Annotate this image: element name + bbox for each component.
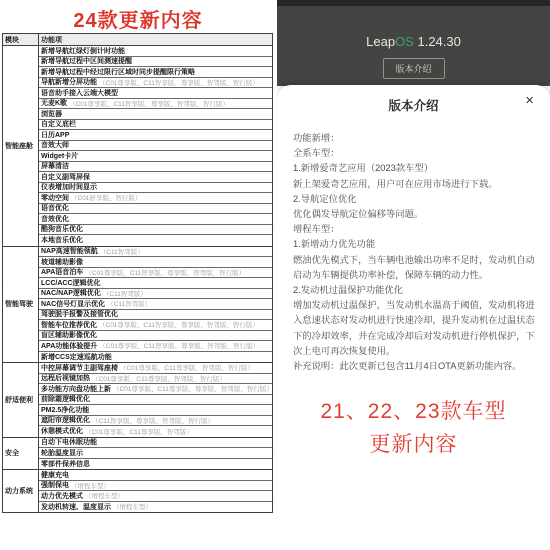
feature-name: 自动下电休眠功能 [41,438,97,448]
update-table: 模块 功能项 智能座舱新增导航红绿灯倒计时功能新增导航过程中区间测速提醒新增导航… [2,33,273,513]
feature-name: 遮阳帘逻辑优化 [41,416,90,426]
os-version-text: LeapOS 1.24.30 [277,34,550,49]
feature-name: 新增CCS定速巡航功能 [41,352,112,362]
table-row: 仪表增加时间显示 [39,183,272,194]
feature-trim-note: （增程车型） [113,502,152,511]
feature-trim-note: （C01尊享版、C11智享版、尊享版、智驾版、智行版） [99,78,259,87]
table-row: 休憩模式优化（C01尊享版、C11尊享版、智驾版） [39,426,272,437]
feature-trim-note: （C11智享版、尊享版、智驾版、智行版） [92,416,214,425]
feature-name: 新增导航红绿灯倒计时功能 [41,46,125,56]
table-row: PM2.5净化功能 [39,405,272,416]
table-row: 盲区辅助影像优化 [39,331,272,342]
table-section: 智能座舱新增导航红绿灯倒计时功能新增导航过程中区间测速提醒新增导航过程中经过限行… [3,46,272,247]
table-header-module: 模块 [3,34,39,45]
table-section: 智能驾驶NAP高速智能领航（C11智驾版）坡道辅助影像APA语音泊车（C01尊享… [3,247,272,364]
feature-name: 中控屏幕调节主副驾座椅 [41,363,118,373]
version-intro-sheet: 版本介绍 × 功能新增： 全系车型： 1.新增爱奇艺应用（2023款车型） 新上… [277,85,550,550]
table-row: 屏幕清洁 [39,162,272,173]
feature-trim-note: （C11智驾版） [100,247,144,256]
feature-name: 轮胎温度显示 [41,448,83,458]
table-row: 语音优化 [39,204,272,215]
table-row: 前除霜逻辑优化 [39,395,272,406]
feature-name: 动力优先模式 [41,491,83,501]
table-row: 发动机转速、温度显示（增程车型） [39,502,272,513]
feature-name: 新增导航过程中区间测速提醒 [41,57,132,67]
os-brand: Leap [366,34,395,49]
feature-name: 智能车位推荐优化 [41,320,97,330]
table-row: 健康充电 [39,470,272,481]
table-section: 舒适便利中控屏幕调节主副驾座椅（C01尊享版、C11尊享版、智驾版、智行版）远程… [3,363,272,438]
feature-trim-note: （C11智驾版） [107,299,151,308]
feature-name: 音效优化 [41,214,69,224]
footer-heading-line2: 更新内容 [277,428,550,461]
feature-name: 发动机转速、温度显示 [41,502,111,512]
table-row: 零部件保养信息 [39,459,272,470]
table-row: 新增导航过程中经过限行区域时同步提醒限行策略 [39,67,272,78]
feature-name: NAP高速智能领航 [41,247,98,257]
feature-name: 自定义底栏 [41,120,76,130]
table-row: 本地音乐优化 [39,235,272,246]
os-brand-suffix: OS [395,34,414,49]
feature-name: 导航新增分屏功能 [41,78,97,88]
update-table-panel: 24款更新内容 模块 功能项 智能座舱新增导航红绿灯倒计时功能新增导航过程中区间… [0,0,276,550]
feature-trim-note: （C01尊享版、C11智享版、尊享版、智驾版、智行版） [69,99,229,108]
table-row: 浏览器 [39,109,272,120]
feature-name: 新增导航过程中经过限行区域时同步提醒限行策略 [41,67,195,77]
table-row: APA语音泊车（C01尊享版、C11智享版、尊享版、智驾版、智行版） [39,268,272,279]
feature-name: 自定义副驾屏保 [41,172,90,182]
table-row: APA功能体验提升（C01尊享版、C11智享版、尊享版、智驾版、智行版） [39,341,272,352]
table-header-feature: 功能项 [41,35,62,45]
feature-name: Widget卡片 [41,151,78,161]
version-notes-text: 功能新增： 全系车型： 1.新增爱奇艺应用（2023款车型） 新上架爱奇艺应用，… [293,131,536,374]
table-row: 驾驶脱手报警及接管优化 [39,310,272,321]
feature-name: 多功能方向盘功能上新 [41,384,111,394]
table-row: 零动空间（C01舒享版、智行版） [39,193,272,204]
table-row: 音效优化 [39,214,272,225]
table-row: 酷狗音乐优化 [39,225,272,236]
table-row: 语音助手接入云端大模型 [39,88,272,99]
feature-name: 坡道辅助影像 [41,257,83,267]
table-row: 轮胎温度显示 [39,448,272,459]
sheet-title: 版本介绍 [277,96,550,114]
feature-name: APA语音泊车 [41,268,83,278]
module-label: 安全 [3,438,39,470]
table-row: 日历APP [39,130,272,141]
table-row: Widget卡片 [39,151,272,162]
feature-name: 盲区辅助影像优化 [41,331,97,341]
feature-name: 音效大师 [41,141,69,151]
feature-name: PM2.5净化功能 [41,405,89,415]
table-row: 智能车位推荐优化（C01尊享版、C11智享版、尊享版、智驾版、智行版） [39,320,272,331]
table-row: 无麦K歌（C01尊享版、C11智享版、尊享版、智驾版、智行版） [39,99,272,110]
table-row: 中控屏幕调节主副驾座椅（C01尊享版、C11尊享版、智驾版、智行版） [39,363,272,374]
os-version-number: 1.24.30 [414,34,461,49]
feature-trim-note: （增程车型） [85,491,124,500]
feature-trim-note: （C01尊享版、C11智享版、尊享版、智驾版、智行版） [99,320,259,329]
feature-trim-note: （C01尊享版、C11尊享版、智驾版、智行版） [120,363,254,372]
feature-name: 日历APP [41,130,69,140]
feature-trim-note: （C11智驾版） [103,289,147,298]
feature-name: 本地音乐优化 [41,235,83,245]
footer-heading: 21、22、23款车型 更新内容 [277,395,550,461]
feature-name: 语音助手接入云端大模型 [41,88,118,98]
feature-name: 仪表增加时间显示 [41,183,97,193]
feature-trim-note: （C01舒享版、智行版） [71,193,141,202]
os-header: LeapOS 1.24.30 版本介绍 [277,6,550,86]
feature-name: 屏幕清洁 [41,162,69,172]
phone-screenshot-panel: LeapOS 1.24.30 版本介绍 版本介绍 × 功能新增： 全系车型： 1… [277,0,550,550]
table-row: 远程后视镜加热（C01尊享版、C11尊享版、智驾版、智行版） [39,374,272,385]
feature-name: 远程后视镜加热 [41,374,90,384]
feature-name: 健康充电 [41,470,69,480]
feature-name: 驾驶脱手报警及接管优化 [41,310,118,320]
table-header-row: 模块 功能项 [3,34,272,46]
table-row: 导航新增分屏功能（C01尊享版、C11智享版、尊享版、智驾版、智行版） [39,78,272,89]
close-icon[interactable]: × [525,93,534,108]
feature-name: 休憩模式优化 [41,426,83,436]
feature-name: LCC/ACC逻辑优化 [41,278,101,288]
table-row: 音效大师 [39,141,272,152]
module-label: 动力系统 [3,470,39,512]
feature-trim-note: （C01尊享版、C11智享版、尊享版、智驾版、智行版） [85,268,245,277]
table-row: LCC/ACC逻辑优化 [39,278,272,289]
table-row: 强制保电（增程车型） [39,481,272,492]
feature-name: 强制保电 [41,481,69,491]
screenshot-collage: 24款更新内容 模块 功能项 智能座舱新增导航红绿灯倒计时功能新增导航过程中区间… [0,0,550,550]
footer-heading-line1: 21、22、23款车型 [277,395,550,428]
feature-trim-note: （C01尊享版、C11智享版、尊享版、智驾版、智行版） [99,341,259,350]
feature-name: APA功能体验提升 [41,341,97,351]
feature-name: 无麦K歌 [41,99,67,109]
feature-name: NAC信号灯显示优化 [41,299,105,309]
feature-name: 零部件保养信息 [41,459,90,469]
table-row: NAP高速智能领航（C11智驾版） [39,247,272,258]
module-label: 智能驾驶 [3,247,39,363]
table-row: 新增导航过程中区间测速提醒 [39,57,272,68]
page-title: 24款更新内容 [0,4,276,33]
module-label: 舒适便利 [3,363,39,437]
table-row: 遮阳帘逻辑优化（C11智享版、尊享版、智驾版、智行版） [39,416,272,427]
table-row: 自定义底栏 [39,120,272,131]
version-intro-button[interactable]: 版本介绍 [382,58,444,79]
feature-name: 零动空间 [41,193,69,203]
feature-name: 酷狗音乐优化 [41,225,83,235]
table-section: 动力系统健康充电强制保电（增程车型）动力优先模式（增程车型）发动机转速、温度显示… [3,470,272,512]
table-row: 多功能方向盘功能上新（C01尊享版、C11尊享版、尊享版、智驾版、智行版） [39,384,272,395]
feature-trim-note: （C01尊享版、C11尊享版、尊享版、智驾版、智行版） [113,384,272,393]
feature-name: 前除霜逻辑优化 [41,395,90,405]
module-label: 智能座舱 [3,46,39,246]
table-row: 自动下电休眠功能 [39,438,272,449]
feature-name: 浏览器 [41,109,62,119]
feature-trim-note: （增程车型） [71,481,110,490]
table-row: NAC信号灯显示优化（C11智驾版） [39,299,272,310]
feature-name: 语音优化 [41,204,69,214]
feature-trim-note: （C01尊享版、C11尊享版、智驾版） [85,427,193,436]
table-row: 动力优先模式（增程车型） [39,491,272,502]
table-row: 自定义副驾屏保 [39,172,272,183]
table-row: NAC/NAP逻辑优化（C11智驾版） [39,289,272,300]
table-row: 坡道辅助影像 [39,257,272,268]
feature-name: NAC/NAP逻辑优化 [41,289,101,299]
table-body: 智能座舱新增导航红绿灯倒计时功能新增导航过程中区间测速提醒新增导航过程中经过限行… [3,46,272,512]
table-row: 新增导航红绿灯倒计时功能 [39,46,272,57]
table-section: 安全自动下电休眠功能轮胎温度显示零部件保养信息 [3,438,272,471]
table-row: 新增CCS定速巡航功能 [39,352,272,363]
feature-trim-note: （C01尊享版、C11尊享版、智驾版、智行版） [92,374,226,383]
